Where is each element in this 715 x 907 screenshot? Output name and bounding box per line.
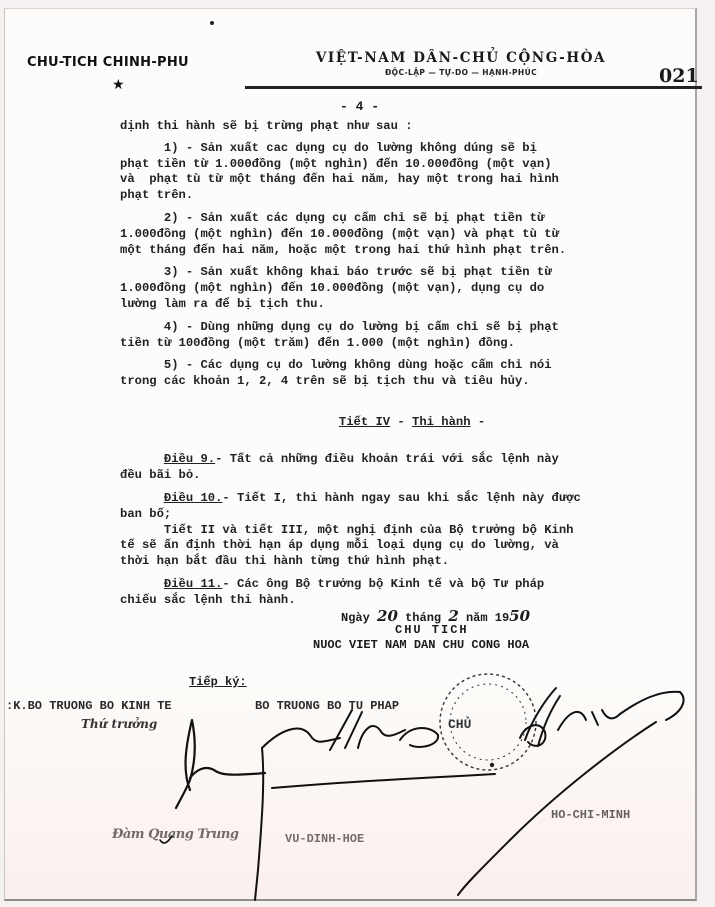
penalty-line: 5) - Các dụng cụ do lường không dùng hoặ… [120,358,695,374]
article: Điều 9.- Tất cả những điều khoản trái vớ… [120,452,695,484]
article-line: đều bãi bỏ. [120,468,695,484]
signatory-name-economy: Đàm Quang Trung [112,827,238,842]
penalty-line: trong các khoản 1, 2, 4 trên sẽ bị tịch … [120,374,695,390]
article-first-line: Điều 9.- Tất cả những điều khoản trái vớ… [120,452,695,468]
article: Điều 11.- Các ông Bộ trưởng bộ Kinh tế v… [120,577,695,609]
article-line: ban bố; [120,507,695,523]
section-separator: - [390,415,412,429]
signatory-country: NUOC VIET NAM DAN CHU CONG HOA [313,638,529,652]
penalty-item: 1) - Sản xuất cac dụng cụ do lường không… [120,141,695,204]
penalty-line: 1) - Sản xuất cac dụng cụ do lường không… [120,141,695,157]
article-label: Điều 11. [164,577,223,591]
document-number: 021 [659,65,699,87]
penalty-line: phạt tiền từ 1.000đồng (một nghìn) đến 1… [120,157,695,173]
national-motto: ĐỘC-LẬP — TỰ-DO — HẠNH-PHÚC [305,68,617,77]
penalty-line: lường làm ra để bị tịch thu. [120,297,695,313]
penalty-item: 5) - Các dụng cụ do lường không dùng hoặ… [120,358,695,390]
signatory-title: CHU TICH [395,623,469,637]
article-line: tế sẽ ấn định thời hạn áp dụng mỗi loại … [120,538,695,554]
ink-dot [210,21,214,25]
article-first-line: Điều 11.- Các ông Bộ trưởng bộ Kinh tế v… [120,577,695,593]
date-year: 50 [509,607,530,625]
minister-justice: BO TRUONG BO TU PHAP [255,699,399,713]
signatory-name-president: HO-CHI-MINH [551,808,630,822]
article-label: Điều 9. [164,452,215,466]
minister-economy: :K.BO TRUONG BO KINH TE [6,699,172,713]
country-name: VIỆT-NAM DÂN-CHỦ CỘNG-HÒA [305,50,617,66]
penalty-list: 1) - Sản xuất cac dụng cụ do lường không… [120,141,695,390]
section-title: Thi hành [412,415,471,429]
penalty-line: phạt trên. [120,188,695,204]
penalty-line: 2) - Sản xuất các dụng cụ cấm chỉ sẽ bị … [120,211,695,227]
countersign-label: Tiếp ký: [189,675,247,689]
deputy-minister-note: Thứ trưởng [81,717,157,731]
date-prefix: Ngày [341,611,377,625]
penalty-item: 4) - Dùng những dụng cụ do lường bị cấm … [120,320,695,352]
penalty-line: 1.000đồng (một nghìn) đến 10.000đồng (mộ… [120,227,695,243]
article-label: Điều 10. [164,491,223,505]
penalty-line: một tháng đến hai năm, hoặc một trong ha… [120,243,695,259]
article-first-line: Điều 10.- Tiết I, thi hành ngay sau khi … [120,491,695,507]
penalty-item: 3) - Sản xuất không khai báo trước sẽ bị… [120,265,695,312]
decree-body: dịnh thi hành sẽ bị trừng phạt như sau :… [120,119,695,609]
header-rule [245,86,702,89]
penalty-line: tiền từ 100đồng (một trăm) đến 1.000 (mộ… [120,336,695,352]
article: Điều 10.- Tiết I, thi hành ngay sau khi … [120,491,695,570]
section-tiet: Tiết IV [339,415,390,429]
article-text: - Các ông Bộ trưởng bộ Kinh tế và bộ Tư … [222,577,544,591]
section-heading: Tiết IV - Thi hành - [120,399,695,446]
articles-list: Điều 9.- Tất cả những điều khoản trái vớ… [120,452,695,608]
article-text: - Tất cả những điều khoản trái với sắc l… [215,452,559,466]
penalty-line: 3) - Sản xuất không khai báo trước sẽ bị… [120,265,695,281]
article-text: - Tiết I, thi hành ngay sau khi sắc lệnh… [222,491,580,505]
penalty-item: 2) - Sản xuất các dụng cụ cấm chỉ sẽ bị … [120,211,695,258]
section-tail: - [471,415,486,429]
document-page: CHU-TICH CHINH-PHU ★ VIỆT-NAM DÂN-CHỦ CỘ… [4,8,697,901]
intro-line: dịnh thi hành sẽ bị trừng phạt như sau : [120,119,695,135]
penalty-line: 4) - Dùng những dụng cụ do lường bị cấm … [120,320,695,336]
signatory-name-justice: VU-DINH-HOE [285,832,364,846]
penalty-line: 1.000đồng (một nghìn) đến 10.000đồng (mộ… [120,281,695,297]
star-icon: ★ [112,77,125,93]
article-line: Tiết II và tiết III, một nghị định của B… [120,523,695,539]
penalty-line: và phạt tù từ một tháng đến hai năm, hay… [120,172,695,188]
page-number: - 4 - [340,99,379,114]
issuer-title: CHU-TICH CHINH-PHU [27,55,189,70]
article-line: thời hạn bắt đầu thi hành từng thứ hình … [120,554,695,570]
